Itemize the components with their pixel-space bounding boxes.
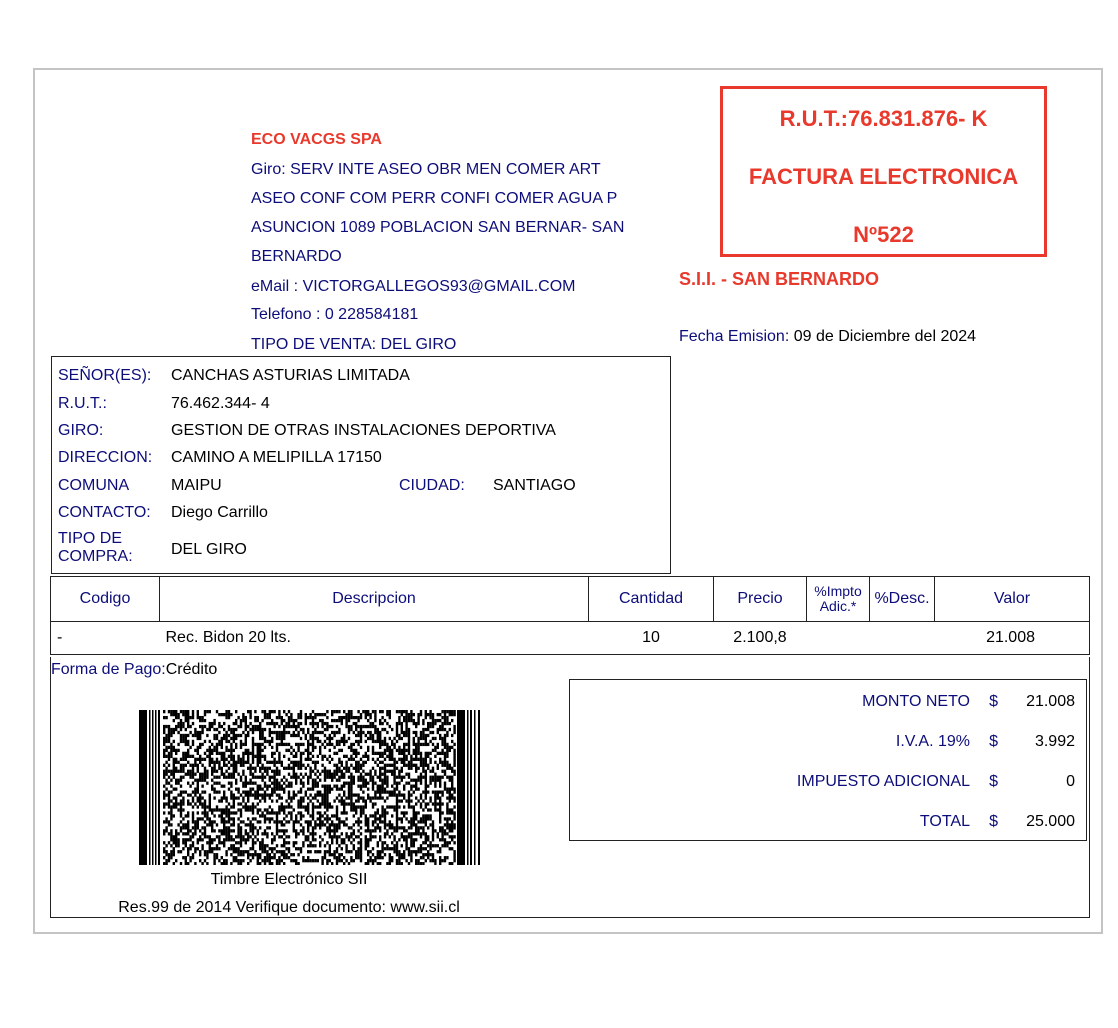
issue-date: Fecha Emision: 09 de Diciembre del 2024 <box>679 328 976 346</box>
issue-date-value: 09 de Diciembre del 2024 <box>789 328 976 345</box>
comuna-label: COMUNA <box>58 477 129 495</box>
direccion-value: CAMINO A MELIPILLA 17150 <box>171 449 382 467</box>
totals-row-iva: I.V.A. 19% $ 3.992 <box>570 733 1086 753</box>
issuer-name: ECO VACGS SPA <box>251 131 382 149</box>
senores-value: CANCHAS ASTURIAS LIMITADA <box>171 367 410 385</box>
item-precio: 2.100,8 <box>714 622 807 655</box>
col-cantidad: Cantidad <box>589 577 714 622</box>
issuer-email: eMail : VICTORGALLEGOS93@GMAIL.COM <box>251 278 575 296</box>
iva-label: I.V.A. 19% <box>896 733 970 751</box>
issuer-giro-line1: Giro: SERV INTE ASEO OBR MEN COMER ART <box>251 161 601 179</box>
issuer-sale-type: TIPO DE VENTA: DEL GIRO <box>251 336 456 354</box>
impuesto-adicional-label: IMPUESTO ADICIONAL <box>797 773 970 791</box>
impuesto-adicional-value: 0 <box>1066 773 1075 791</box>
item-cantidad: 10 <box>589 622 714 655</box>
totals-box: MONTO NETO $ 21.008 I.V.A. 19% $ 3.992 I… <box>569 679 1087 841</box>
issuer-giro-line2: ASEO CONF COM PERR CONFI COMER AGUA P <box>251 190 617 208</box>
contacto-label: CONTACTO: <box>58 504 151 522</box>
client-info-box: SEÑOR(ES): CANCHAS ASTURIAS LIMITADA R.U… <box>51 356 671 574</box>
item-valor: 21.008 <box>935 622 1090 655</box>
document-number: Nº522 <box>723 222 1044 248</box>
monto-neto-label: MONTO NETO <box>862 693 970 711</box>
totals-row-total: TOTAL $ 25.000 <box>570 813 1086 833</box>
payment-method: Forma de Pago:Crédito <box>51 661 217 679</box>
client-giro-label: GIRO: <box>58 422 103 440</box>
items-header-row: Codigo Descripcion Cantidad Precio %Impt… <box>51 577 1090 622</box>
client-giro-value: GESTION DE OTRAS INSTALACIONES DEPORTIVA <box>171 422 556 440</box>
item-codigo: - <box>51 622 160 655</box>
col-precio: Precio <box>714 577 807 622</box>
currency-symbol: $ <box>989 773 998 791</box>
issuer-phone: Telefono : 0 228584181 <box>251 306 418 324</box>
col-descripcion: Descripcion <box>160 577 589 622</box>
col-codigo: Codigo <box>51 577 160 622</box>
currency-symbol: $ <box>989 693 998 711</box>
table-row: - Rec. Bidon 20 lts. 10 2.100,8 21.008 <box>51 622 1090 655</box>
iva-value: 3.992 <box>1035 733 1075 751</box>
total-label: TOTAL <box>920 813 970 831</box>
issuer-address-line2: BERNARDO <box>251 248 342 266</box>
document-rut: R.U.T.:76.831.876- K <box>723 106 1044 132</box>
currency-symbol: $ <box>989 813 998 831</box>
issuer-address-line1: ASUNCION 1089 POBLACION SAN BERNAR- SAN <box>251 219 624 237</box>
client-rut-value: 76.462.344- 4 <box>171 395 270 413</box>
client-rut-label: R.U.T.: <box>58 395 107 413</box>
document-type: FACTURA ELECTRONICA <box>723 164 1044 190</box>
item-desc <box>870 622 935 655</box>
item-descripcion: Rec. Bidon 20 lts. <box>160 622 589 655</box>
totals-row-neto: MONTO NETO $ 21.008 <box>570 693 1086 713</box>
ciudad-label: CIUDAD: <box>399 477 465 495</box>
totals-row-impuesto: IMPUESTO ADICIONAL $ 0 <box>570 773 1086 793</box>
tipo-compra-label: TIPO DE COMPRA: <box>58 530 133 566</box>
monto-neto-value: 21.008 <box>1026 693 1075 711</box>
payment-value: Crédito <box>166 661 218 678</box>
document-id-box: R.U.T.:76.831.876- K FACTURA ELECTRONICA… <box>720 86 1047 257</box>
col-desc: %Desc. <box>870 577 935 622</box>
sii-office: S.I.I. - SAN BERNARDO <box>679 269 879 290</box>
comuna-value: MAIPU <box>171 477 222 495</box>
ciudad-value: SANTIAGO <box>493 477 576 495</box>
col-valor: Valor <box>935 577 1090 622</box>
currency-symbol: $ <box>989 733 998 751</box>
total-value: 25.000 <box>1026 813 1075 831</box>
pdf417-stamp-barcode-icon <box>139 710 482 865</box>
direccion-label: DIRECCION: <box>58 449 152 467</box>
contacto-value: Diego Carrillo <box>171 504 268 522</box>
tipo-compra-value: DEL GIRO <box>171 541 247 559</box>
items-table: Codigo Descripcion Cantidad Precio %Impt… <box>50 576 1090 655</box>
item-impto <box>807 622 870 655</box>
stamp-resolution: Res.99 de 2014 Verifique documento: www.… <box>0 899 578 917</box>
stamp-caption: Timbre Electrónico SII <box>0 871 578 889</box>
senores-label: SEÑOR(ES): <box>58 367 151 385</box>
col-impto-adic: %Impto Adic.* <box>807 577 870 622</box>
issue-date-label: Fecha Emision: <box>679 328 789 345</box>
payment-label: Forma de Pago: <box>51 661 166 678</box>
